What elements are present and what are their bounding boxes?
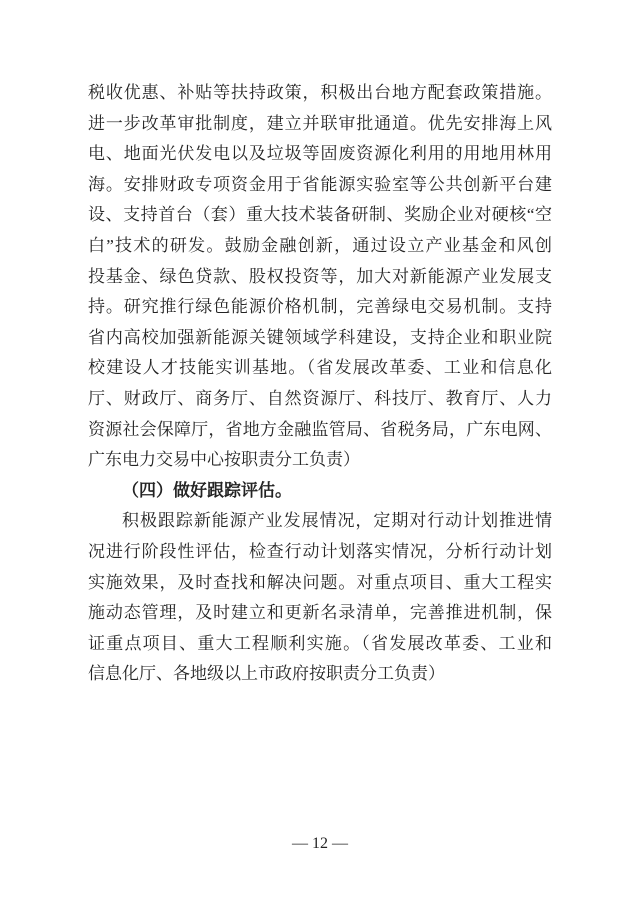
body-line: 持。研究推行绿色能源价格机制，完善绿电交易机制。支持: [88, 292, 552, 323]
body-line: 施动态管理，及时建立和更新名录清单，完善推进机制，保: [88, 598, 552, 629]
body-line: 设、支持首台（套）重大技术装备研制、奖励企业对硬核“空: [88, 200, 552, 231]
body-line: 厅、财政厅、商务厅、自然资源厅、科技厅、教育厅、人力: [88, 384, 552, 415]
body-line: 实施效果，及时查找和解决问题。对重点项目、重大工程实: [88, 568, 552, 599]
body-line: 税收优惠、补贴等扶持政策，积极出台地方配套政策措施。: [88, 78, 552, 109]
document-body: 税收优惠、补贴等扶持政策，积极出台地方配套政策措施。 进一步改革审批制度，建立并…: [88, 78, 552, 690]
body-line: 投基金、绿色贷款、股权投资等，加大对新能源产业发展支: [88, 262, 552, 293]
body-line: 信息化厅、各地级以上市政府按职责分工负责）: [88, 659, 552, 690]
body-line: 证重点项目、重大工程顺利实施。（省发展改革委、工业和: [88, 629, 552, 660]
section-heading: （四）做好跟踪评估。: [88, 476, 552, 507]
document-page: 税收优惠、补贴等扶持政策，积极出台地方配套政策措施。 进一步改革审批制度，建立并…: [0, 0, 640, 905]
body-line: 电、地面光伏发电以及垃圾等固废资源化利用的用地用林用: [88, 139, 552, 170]
page-number: — 12 —: [0, 833, 640, 855]
body-line: 广东电力交易中心按职责分工负责）: [88, 445, 552, 476]
body-line: 积极跟踪新能源产业发展情况，定期对行动计划推进情: [88, 506, 552, 537]
body-line: 校建设人才技能实训基地。（省发展改革委、工业和信息化: [88, 353, 552, 384]
body-line: 省内高校加强新能源关键领域学科建设，支持企业和职业院: [88, 323, 552, 354]
body-line: 资源社会保障厅，省地方金融监管局、省税务局，广东电网、: [88, 415, 552, 446]
body-line: 海。安排财政专项资金用于省能源实验室等公共创新平台建: [88, 170, 552, 201]
body-line: 白”技术的研发。鼓励金融创新，通过设立产业基金和风创: [88, 231, 552, 262]
body-line: 况进行阶段性评估，检查行动计划落实情况，分析行动计划: [88, 537, 552, 568]
body-line: 进一步改革审批制度，建立并联审批通道。优先安排海上风: [88, 109, 552, 140]
